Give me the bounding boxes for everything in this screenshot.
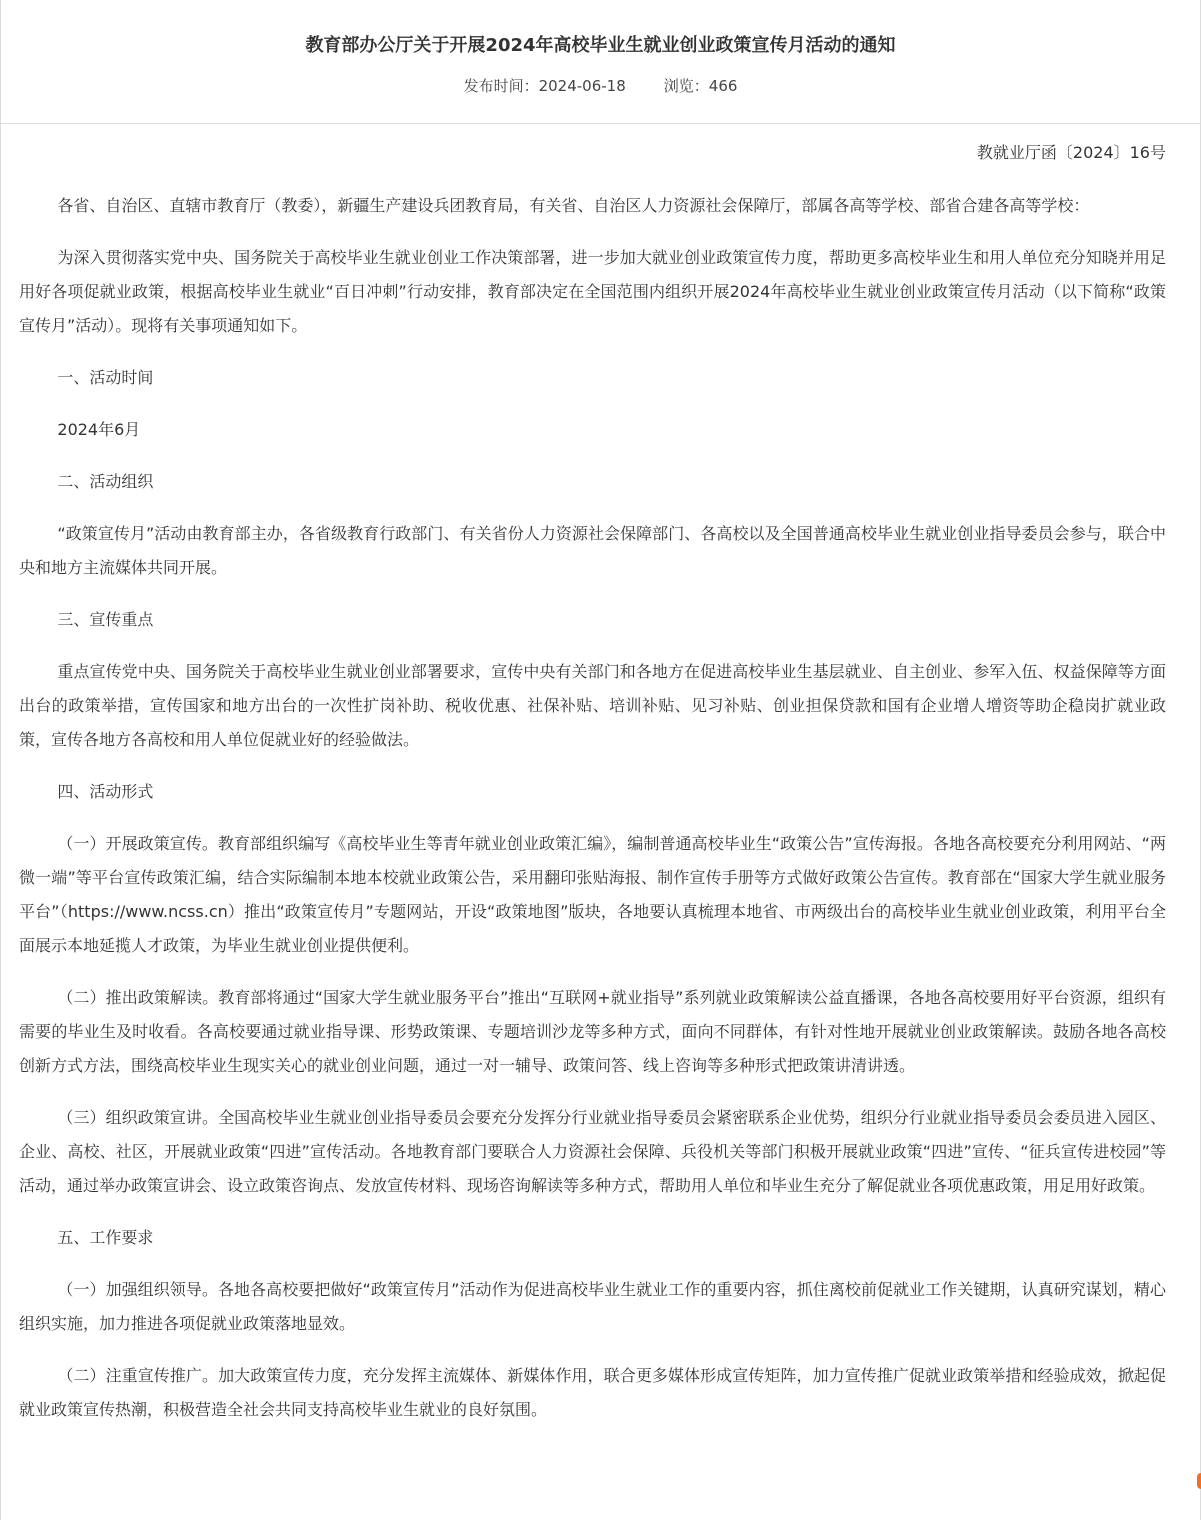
forms-paragraph-1: （一）开展政策宣传。教育部组织编写《高校毕业生等青年就业创业政策汇编》，编制普通…	[19, 827, 1166, 963]
focus-paragraph: 重点宣传党中央、国务院关于高校毕业生就业创业部署要求，宣传中央有关部门和各地方在…	[19, 655, 1166, 757]
article-header: 教育部办公厅关于开展2024年高校毕业生就业创业政策宣传月活动的通知 发布时间：…	[1, 0, 1200, 124]
article-title: 教育部办公厅关于开展2024年高校毕业生就业创业政策宣传月活动的通知	[1, 33, 1200, 59]
section-heading-forms: 四、活动形式	[19, 775, 1166, 809]
intro-paragraph: 为深入贯彻落实党中央、国务院关于高校毕业生就业创业工作决策部署，进一步加大就业创…	[19, 241, 1166, 343]
views-count: 466	[709, 77, 738, 95]
organization-paragraph: “政策宣传月”活动由教育部主办，各省级教育行政部门、有关省份人力资源社会保障部门…	[19, 517, 1166, 585]
addressee-paragraph: 各省、自治区、直辖市教育厅（教委），新疆生产建设兵团教育局，有关省、自治区人力资…	[19, 189, 1166, 223]
section-heading-organization: 二、活动组织	[19, 465, 1166, 499]
forms-paragraph-2: （二）推出政策解读。教育部将通过“国家大学生就业服务平台”推出“互联网+就业指导…	[19, 981, 1166, 1083]
side-float-tab[interactable]	[1197, 1473, 1201, 1489]
document-number: 教就业厅函〔2024〕16号	[19, 139, 1166, 167]
section-heading-focus: 三、宣传重点	[19, 603, 1166, 637]
section-heading-requirements: 五、工作要求	[19, 1221, 1166, 1255]
time-paragraph: 2024年6月	[19, 413, 1166, 447]
requirements-paragraph-1: （一）加强组织领导。各地各高校要把做好“政策宣传月”活动作为促进高校毕业生就业工…	[19, 1273, 1166, 1341]
section-heading-time: 一、活动时间	[19, 361, 1166, 395]
article-page: 教育部办公厅关于开展2024年高校毕业生就业创业政策宣传月活动的通知 发布时间：…	[0, 0, 1201, 1520]
article-meta: 发布时间：2024-06-18浏览：466	[1, 75, 1200, 97]
publish-date: 2024-06-18	[539, 77, 626, 95]
forms-paragraph-3: （三）组织政策宣讲。全国高校毕业生就业创业指导委员会要充分发挥分行业就业指导委员…	[19, 1101, 1166, 1203]
views-label: 浏览：	[664, 77, 709, 95]
article-body: 教就业厅函〔2024〕16号 各省、自治区、直辖市教育厅（教委），新疆生产建设兵…	[1, 124, 1200, 1427]
requirements-paragraph-2: （二）注重宣传推广。加大政策宣传力度，充分发挥主流媒体、新媒体作用，联合更多媒体…	[19, 1359, 1166, 1427]
publish-date-label: 发布时间：	[464, 77, 539, 95]
